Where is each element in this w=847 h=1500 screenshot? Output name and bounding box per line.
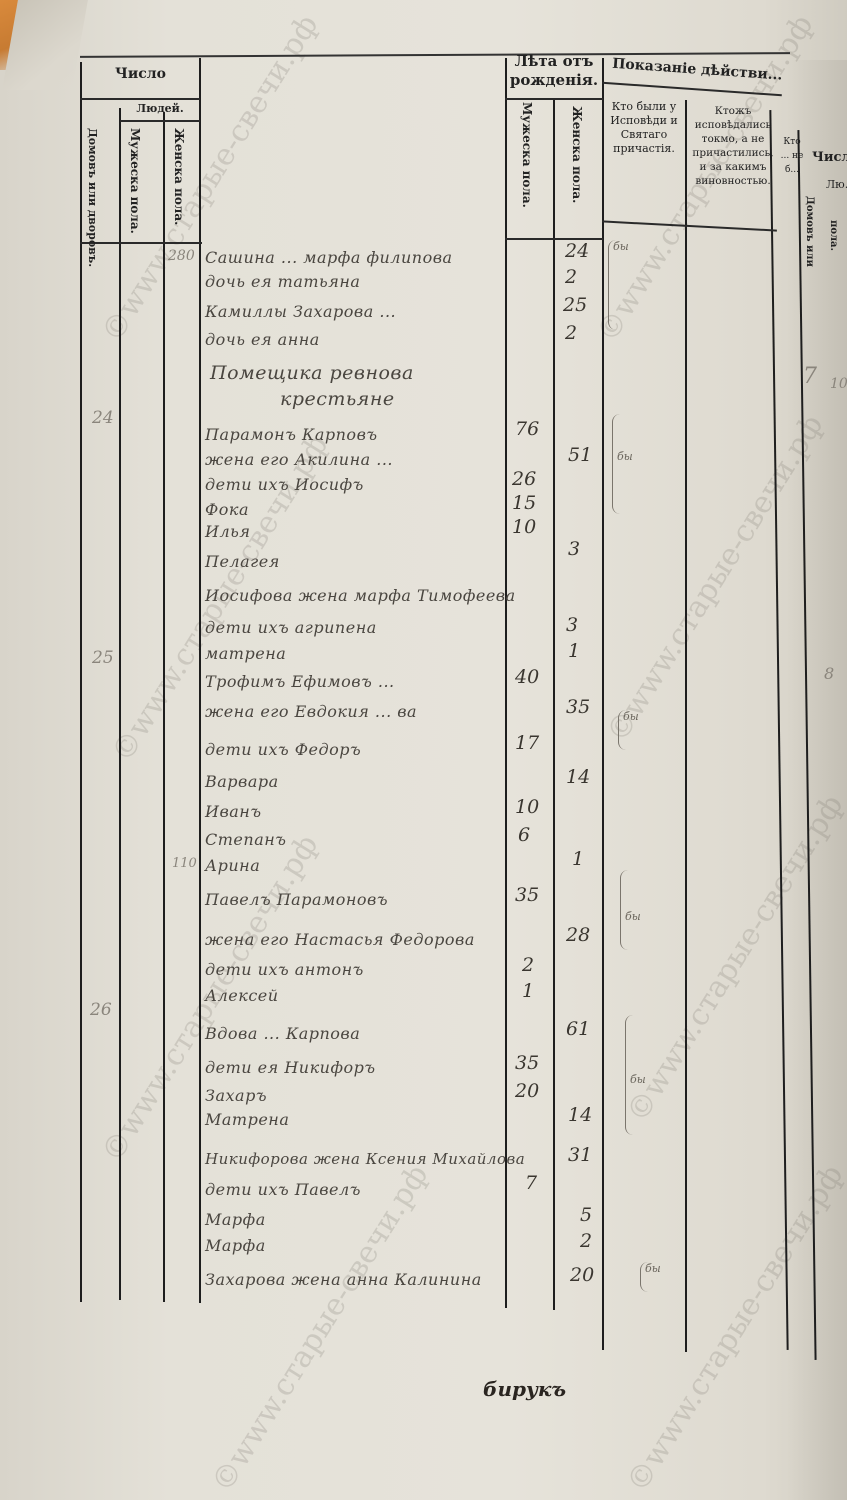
row-female-age: 3 [566, 614, 578, 636]
row-name: Захарова жена анна Калинина [205, 1270, 482, 1289]
column-divider [553, 100, 555, 1310]
header-next-females: пола. [828, 220, 839, 280]
row-male-age: 6 [518, 824, 530, 846]
row-female-age: 2 [565, 322, 577, 344]
row-mark: 280 [168, 248, 195, 264]
testimony-brace: бы [620, 870, 641, 950]
testimony-brace: бы [640, 1262, 661, 1292]
row-female-age: 1 [568, 640, 580, 662]
row-name: Трофимъ Ефимовъ ... [205, 672, 395, 691]
row-name: Захаръ [205, 1086, 267, 1105]
row-name: Вдова ... Карпова [205, 1024, 360, 1043]
row-male-age: 7 [525, 1172, 537, 1194]
column-divider [602, 58, 604, 1350]
row-name: дети ихъ Павелъ [205, 1180, 361, 1199]
column-divider [163, 112, 165, 1302]
row-name: дочь ея анна [205, 330, 320, 349]
testimony-brace: бы [608, 240, 629, 330]
header-next-people: Лю... [826, 178, 847, 192]
row-female-age: 51 [568, 444, 592, 466]
row-male-age: 35 [515, 884, 539, 906]
row-male-age: 17 [515, 732, 539, 754]
row-female-age: 20 [570, 1264, 594, 1286]
header-divider [505, 98, 603, 100]
row-house-number: 24 [92, 408, 114, 428]
row-name: Матрена [205, 1110, 289, 1129]
row-name: Камиллы Захарова ... [205, 302, 396, 321]
row-name: дети ея Никифоръ [205, 1058, 376, 1077]
header-males: Мужеска пола. [128, 128, 142, 238]
header-age-male: Мужеска пола. [520, 102, 534, 232]
row-female-age: 14 [568, 1104, 592, 1126]
row-male-age: 20 [515, 1080, 539, 1102]
header-households: Домовъ или дворовъ. [86, 128, 99, 238]
header-age: Лѣта отъ рожденія. [505, 52, 603, 90]
header-testimony: Показаніе дѣйстви... [612, 56, 793, 85]
row-name: жена его Настасья Федорова [205, 930, 475, 949]
margin-mark: 10 [830, 376, 847, 392]
header-females: Женска пола. [172, 128, 186, 238]
row-name: дети ихъ антонъ [205, 960, 364, 979]
row-male-age: 76 [515, 418, 539, 440]
document-page: ©www.старые-свечи.рф ©www.старые-свечи.р… [0, 0, 847, 1500]
header-count: Число [82, 66, 199, 82]
row-name: дети ихъ агрипена [205, 618, 377, 637]
column-divider [80, 62, 82, 1302]
column-divider [119, 108, 121, 1300]
row-house-number: 25 [92, 648, 114, 668]
row-name: Марфа [205, 1236, 266, 1255]
row-mark: 110 [172, 856, 197, 871]
header-next-households: Домовъ или [804, 196, 815, 296]
section-heading: крестьяне [280, 388, 395, 410]
row-name: Иванъ [205, 802, 262, 821]
table-top-border [80, 52, 790, 58]
header-partial-column: Кто ... не б... [780, 135, 804, 205]
row-name: Пелагея [205, 552, 280, 571]
row-name: матрена [205, 644, 286, 663]
header-divider [80, 98, 200, 100]
row-house-number: 26 [90, 1000, 112, 1020]
header-divider [602, 220, 777, 231]
margin-mark: 7 [803, 364, 817, 389]
row-female-age: 1 [572, 848, 584, 870]
row-female-age: 28 [566, 924, 590, 946]
column-divider [769, 110, 788, 1350]
column-divider [685, 100, 687, 1352]
row-male-age: 40 [515, 666, 539, 688]
row-male-age: 10 [512, 516, 536, 538]
row-name: жена его Евдокия ... ва [205, 702, 417, 721]
header-people: Людей. [120, 102, 200, 116]
row-male-age: 1 [522, 980, 534, 1002]
row-name: Парамонъ Карповъ [205, 425, 378, 444]
row-name: Павелъ Парамоновъ [205, 890, 388, 909]
row-female-age: 35 [566, 696, 590, 718]
header-confessed-not-communed: Ктожъ исповѣдались токмо, а не причастил… [688, 104, 778, 188]
margin-mark: 8 [824, 664, 834, 683]
row-female-age: 2 [565, 266, 577, 288]
header-divider [602, 82, 782, 96]
row-name: Алексей [205, 986, 279, 1005]
row-female-age: 25 [563, 294, 587, 316]
row-name: дети ихъ Иосифъ [205, 475, 364, 494]
row-male-age: 15 [512, 492, 536, 514]
row-female-age: 31 [568, 1144, 592, 1166]
row-female-age: 2 [580, 1230, 592, 1252]
header-divider [120, 120, 200, 122]
column-divider [199, 58, 201, 1303]
header-confessed-communed: Кто были у Исповѣди и Святаго причастія. [604, 100, 684, 156]
row-name: Марфа [205, 1210, 266, 1229]
row-male-age: 2 [522, 954, 534, 976]
row-name: дочь ея татьяна [205, 272, 360, 291]
row-name: Фока [205, 500, 249, 519]
row-name: дети ихъ Федоръ [205, 740, 361, 759]
row-female-age: 61 [566, 1018, 590, 1040]
header-age-female: Женска пола. [570, 106, 584, 226]
testimony-brace: бы [625, 1015, 646, 1135]
row-name: Никифорова жена Ксения Михайлова [205, 1150, 525, 1168]
row-female-age: 5 [580, 1204, 592, 1226]
row-name: Илья [205, 522, 250, 541]
row-male-age: 35 [515, 1052, 539, 1074]
section-heading: Помещика ревнова [210, 362, 414, 384]
header-next-count: Число [812, 150, 847, 165]
testimony-brace: бы [612, 414, 633, 514]
row-female-age: 14 [566, 766, 590, 788]
folded-corner [2, 0, 88, 90]
signature: бирукъ [483, 1377, 566, 1401]
row-female-age: 3 [568, 538, 580, 560]
column-divider [505, 58, 507, 1308]
row-name: Арина [205, 856, 260, 875]
row-male-age: 26 [512, 468, 536, 490]
row-female-age: 24 [565, 240, 589, 262]
row-name: Степанъ [205, 830, 286, 849]
row-name: Варвара [205, 772, 279, 791]
row-male-age: 10 [515, 796, 539, 818]
row-name: Иосифова жена марфа Тимофеева [205, 586, 516, 605]
row-name: Сашина ... марфа филипова [205, 248, 453, 267]
row-name: жена его Акилина ... [205, 450, 393, 469]
testimony-brace: бы [618, 710, 639, 750]
